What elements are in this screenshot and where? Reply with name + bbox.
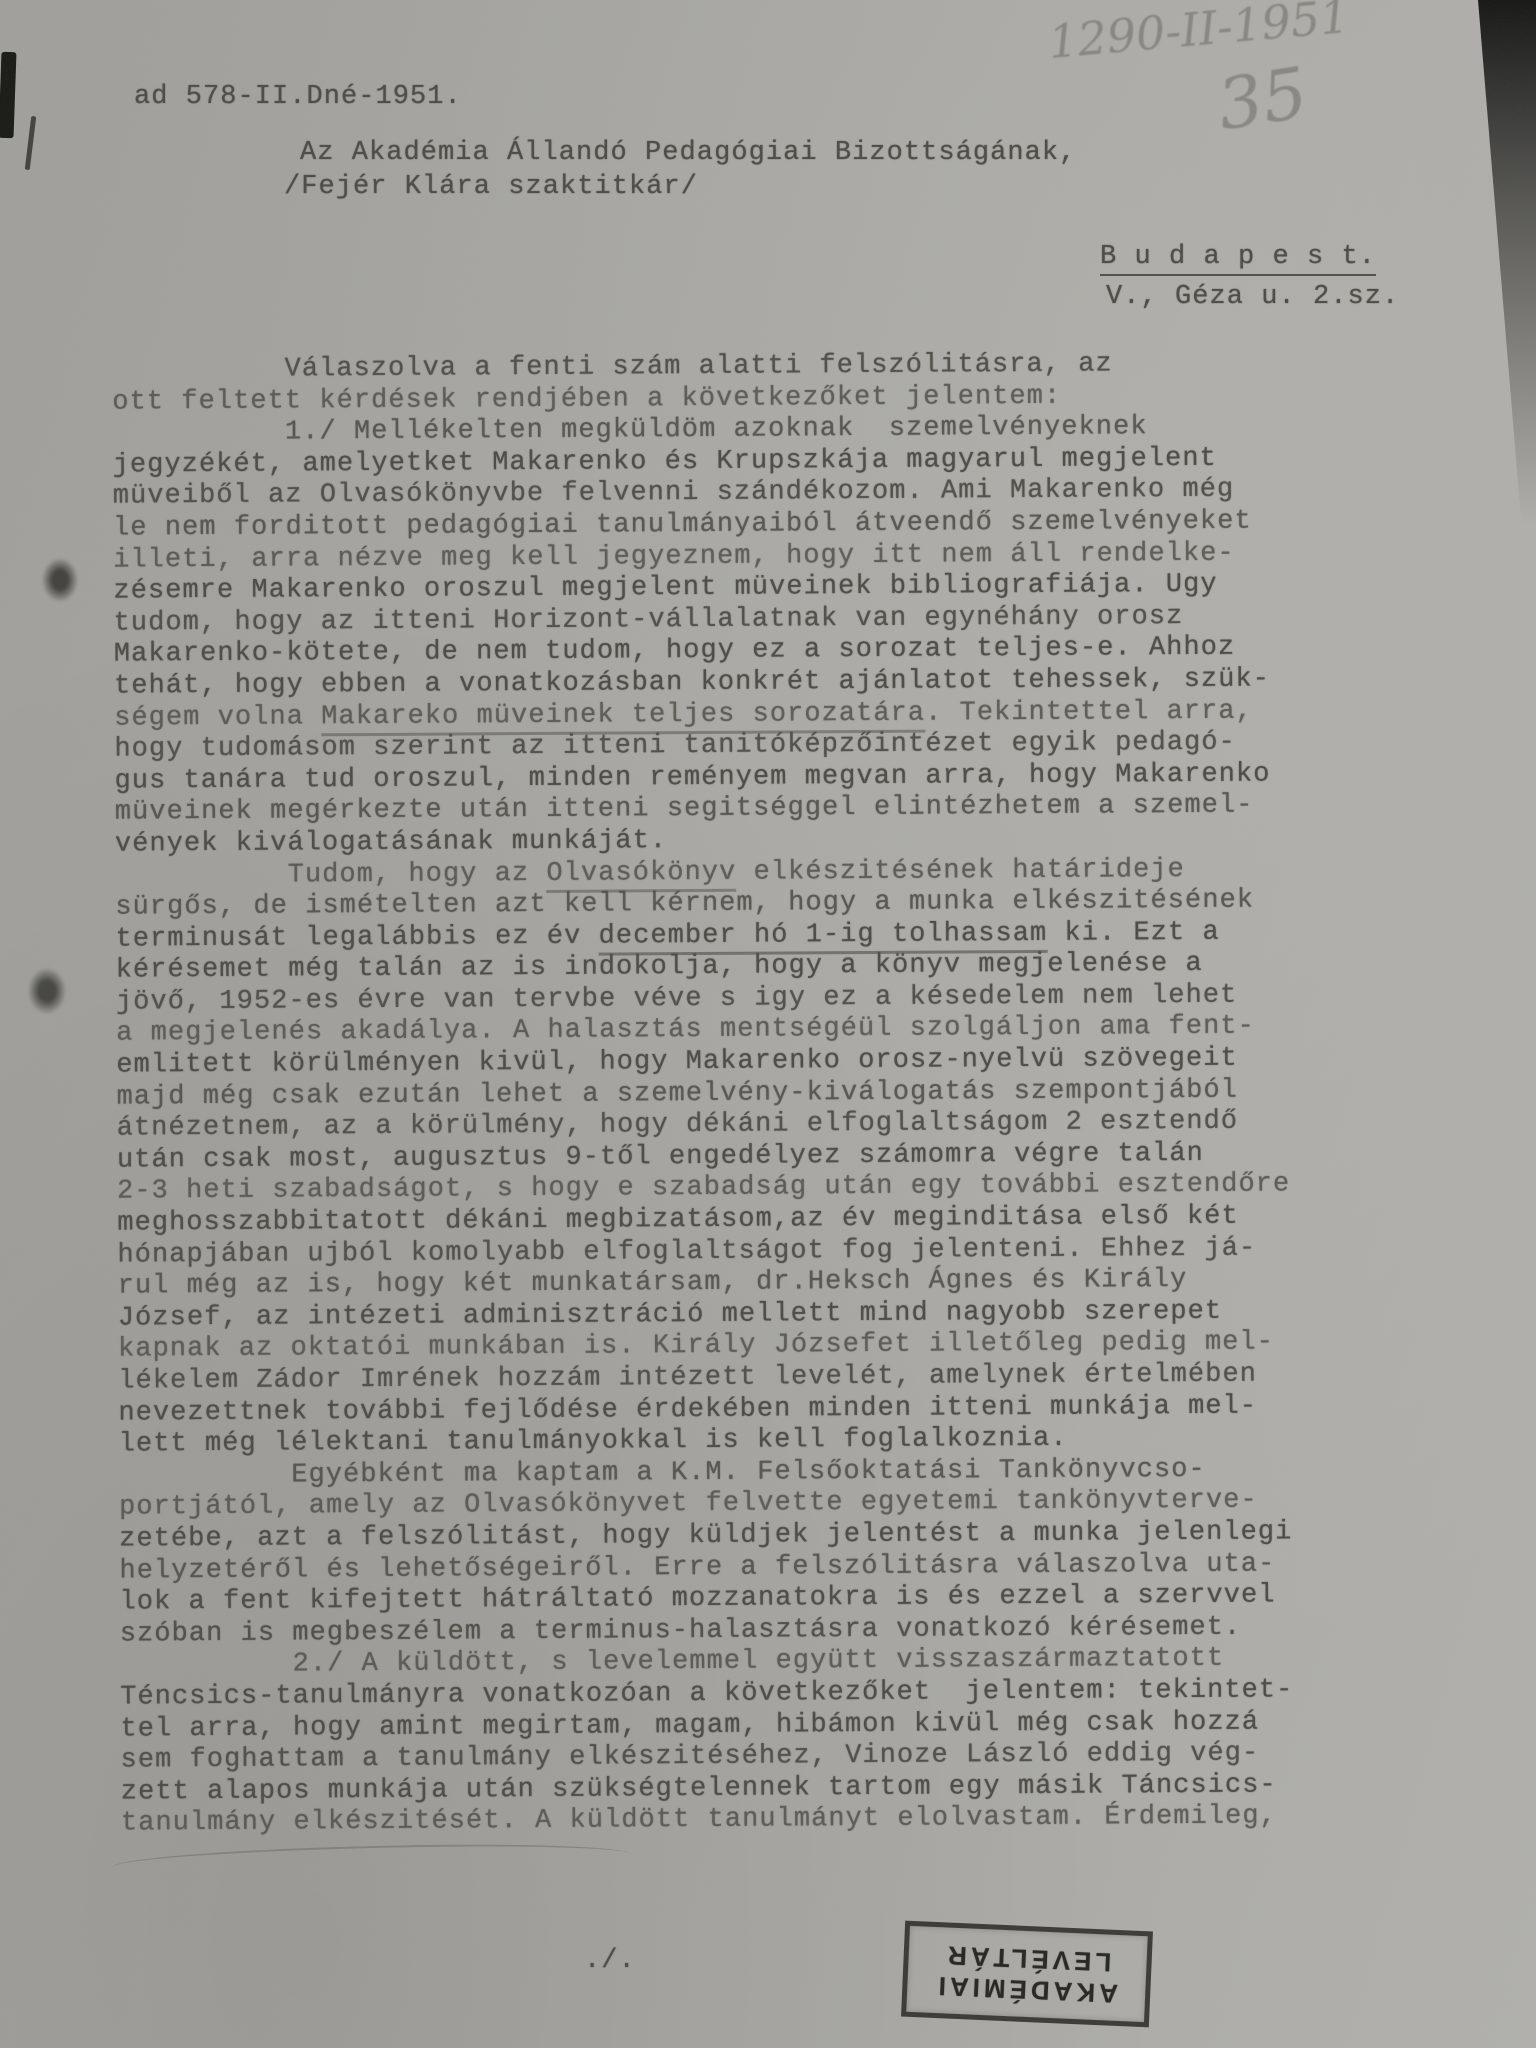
hole-punch-bottom (28, 968, 66, 1014)
handwritten-page-number: 35 (1212, 52, 1313, 147)
archive-stamp: AKADÉMIAI LEVÉLTÁR (901, 1921, 1153, 2028)
recipient-secretary: /Fejér Klára szaktitkár/ (284, 172, 698, 204)
recipient-city-text: B u d a p e s t. (1100, 242, 1376, 276)
scanned-letter-page: 1290-II-1951 35 ad 578-II.Dné-1951. Az A… (0, 0, 1536, 2048)
letter-body: Válaszolva a fenti szám alatti felszólit… (112, 348, 1294, 1840)
scan-edge-shadow (1478, 0, 1536, 560)
pencil-stroke (112, 1840, 633, 1883)
reference-number: ad 578-II.Dné-1951. (134, 82, 462, 114)
binding-mark (0, 52, 16, 138)
hole-punch-top (42, 558, 78, 602)
recipient-city: B u d a p e s t. (1100, 242, 1376, 274)
continuation-mark: ./. (584, 1946, 636, 1978)
typed-line: tanulmány elkészitését. A küldött tanulm… (121, 1802, 1294, 1841)
handwritten-reference: 1290-II-1951 (1046, 0, 1351, 69)
recipient-name: Az Akadémia Állandó Pedagógiai Bizottság… (300, 138, 1076, 170)
recipient-address: V., Géza u. 2.sz. (1106, 282, 1399, 314)
binding-mark-small (25, 116, 37, 170)
